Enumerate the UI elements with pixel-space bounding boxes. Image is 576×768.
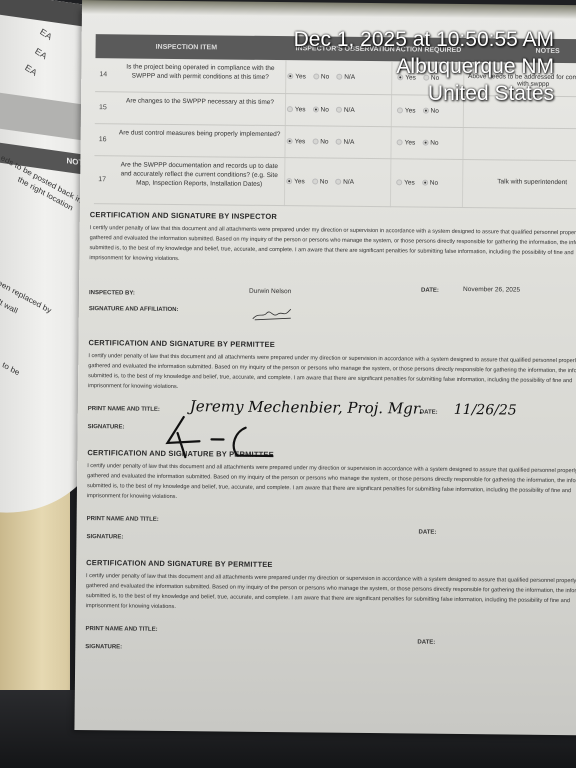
permittee-signature-label: SIGNATURE: [86, 534, 123, 540]
inspector-signature [251, 306, 297, 322]
radio-yes[interactable]: Yes [397, 107, 416, 114]
inspector-certification: CERTIFICATION AND SIGNATURE BY INSPECTOR… [89, 210, 576, 268]
permittee-cert-text: I certify under penalty of law that this… [88, 351, 576, 396]
unit-label: EA [33, 46, 48, 61]
radio-no[interactable]: No [313, 106, 329, 113]
inspected-by-label: INSPECTED BY: [89, 290, 135, 296]
photo-city: Albuquerque NM [294, 53, 554, 80]
unit-label: EA [38, 27, 53, 42]
radio-na[interactable]: N/A [335, 139, 354, 146]
inspection-question: Are changes to the SWPPP necessary at th… [115, 96, 285, 107]
action-required-radio-group: YesNo [397, 139, 446, 147]
radio-button-icon[interactable] [312, 138, 318, 144]
permittee-certification: CERTIFICATION AND SIGNATURE BY PERMITTEE… [88, 338, 576, 396]
row-number: 14 [95, 71, 111, 78]
photo-timestamp-overlay: Dec 1, 2025 at 10:50:55 AM Albuquerque N… [294, 26, 554, 107]
observation-radio-group: YesNoN/A [286, 178, 361, 186]
row-note [465, 138, 576, 139]
permittee-signature [163, 411, 273, 460]
radio-no[interactable]: No [422, 140, 438, 147]
radio-button-icon[interactable] [336, 107, 342, 113]
action-required-radio-group: YesNo [396, 179, 445, 187]
photo-country: United States [294, 80, 554, 107]
permittee-certification: CERTIFICATION AND SIGNATURE BY PERMITTEE… [86, 558, 576, 616]
radio-button-icon[interactable] [422, 180, 428, 186]
radio-button-icon[interactable] [312, 178, 318, 184]
observation-radio-group: YesNoN/A [287, 138, 362, 146]
observation-radio-group: YesNoN/A [287, 106, 362, 114]
permittee-cert-title: CERTIFICATION AND SIGNATURE BY PERMITTEE [88, 338, 576, 352]
permittee-signature-label: SIGNATURE: [85, 644, 122, 650]
radio-no[interactable]: No [312, 178, 328, 185]
radio-no[interactable]: No [312, 138, 328, 145]
note-fragment: lt wall [0, 297, 19, 315]
permittee-date-handwritten: 11/26/25 [454, 402, 517, 419]
inspection-question: Is the project being operated in complia… [115, 62, 285, 82]
radio-button-icon[interactable] [287, 73, 293, 79]
inspected-by-value: Durwin Nelson [249, 288, 291, 295]
radio-button-icon[interactable] [336, 139, 342, 145]
radio-yes[interactable]: Yes [287, 138, 306, 145]
radio-yes[interactable]: Yes [286, 178, 305, 185]
table-row: 17Are the SWPPP documentation and record… [94, 156, 576, 209]
radio-no[interactable]: No [422, 180, 438, 187]
inspector-cert-title: CERTIFICATION AND SIGNATURE BY INSPECTOR [90, 210, 576, 224]
radio-yes[interactable]: Yes [287, 106, 306, 113]
inspector-signature-label: SIGNATURE AND AFFILIATION: [89, 306, 179, 313]
row-note: Talk with superintendent [464, 178, 576, 186]
radio-na[interactable]: N/A [335, 179, 354, 186]
radio-button-icon[interactable] [422, 140, 428, 146]
radio-button-icon[interactable] [286, 178, 292, 184]
radio-button-icon[interactable] [397, 107, 403, 113]
radio-yes[interactable]: Yes [397, 139, 416, 146]
inspection-question: Are dust control measures being properly… [115, 128, 285, 139]
radio-button-icon[interactable] [287, 106, 293, 112]
radio-yes[interactable]: Yes [396, 179, 415, 186]
print-name-label: PRINT NAME AND TITLE: [88, 406, 160, 413]
radio-button-icon[interactable] [313, 106, 319, 112]
permittee-cert-title: CERTIFICATION AND SIGNATURE BY PERMITTEE [87, 448, 576, 462]
note-fragment: to be [1, 360, 21, 377]
print-name-label: PRINT NAME AND TITLE: [85, 626, 157, 633]
inspection-question: Are the SWPPP documentation and records … [114, 160, 284, 189]
header-inspection-item: INSPECTION ITEM [156, 44, 218, 52]
unit-label: EA [23, 63, 38, 78]
print-name-label: PRINT NAME AND TITLE: [87, 516, 159, 523]
permittee-signature-label: SIGNATURE: [88, 424, 125, 430]
permittee-cert-text: I certify under penalty of law that this… [86, 571, 576, 616]
inspector-date-value: November 26, 2025 [463, 286, 520, 294]
row-number: 16 [95, 136, 111, 143]
permittee-cert-text: I certify under penalty of law that this… [87, 461, 576, 506]
inspector-date-label: DATE: [421, 288, 439, 294]
permittee-date-label: DATE: [418, 530, 436, 536]
permittee-certification: CERTIFICATION AND SIGNATURE BY PERMITTEE… [87, 448, 576, 506]
action-required-radio-group: YesNo [397, 107, 446, 115]
radio-button-icon[interactable] [287, 138, 293, 144]
radio-button-icon[interactable] [397, 139, 403, 145]
inspector-cert-text: I certify under penalty of law that this… [89, 223, 576, 268]
row-number: 17 [94, 176, 110, 183]
radio-na[interactable]: N/A [336, 107, 355, 114]
photo-datetime: Dec 1, 2025 at 10:50:55 AM [294, 26, 554, 53]
table-row: 16Are dust control measures being proper… [94, 124, 576, 161]
row-number: 15 [95, 104, 111, 111]
radio-button-icon[interactable] [423, 108, 429, 114]
inspection-form-sheet: INSPECTION ITEM INSPECTOR'S OBSERVATION … [74, 8, 576, 735]
permittee-cert-title: CERTIFICATION AND SIGNATURE BY PERMITTEE [86, 558, 576, 572]
radio-button-icon[interactable] [396, 179, 402, 185]
radio-no[interactable]: No [423, 108, 439, 115]
permittee-date-label: DATE: [417, 640, 435, 646]
radio-button-icon[interactable] [335, 179, 341, 185]
